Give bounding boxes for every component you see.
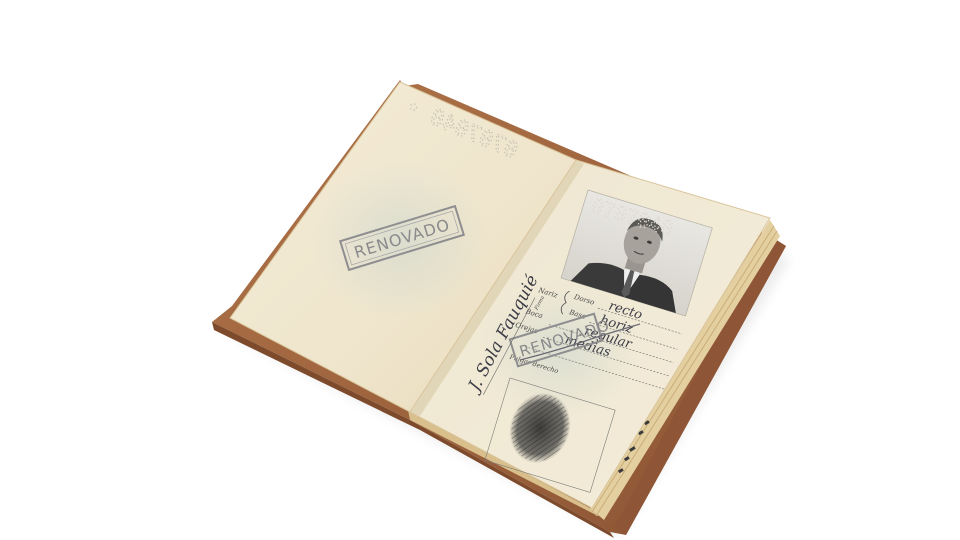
- passport-photo-scene: 0707040 • RENOVADO: [0, 0, 960, 540]
